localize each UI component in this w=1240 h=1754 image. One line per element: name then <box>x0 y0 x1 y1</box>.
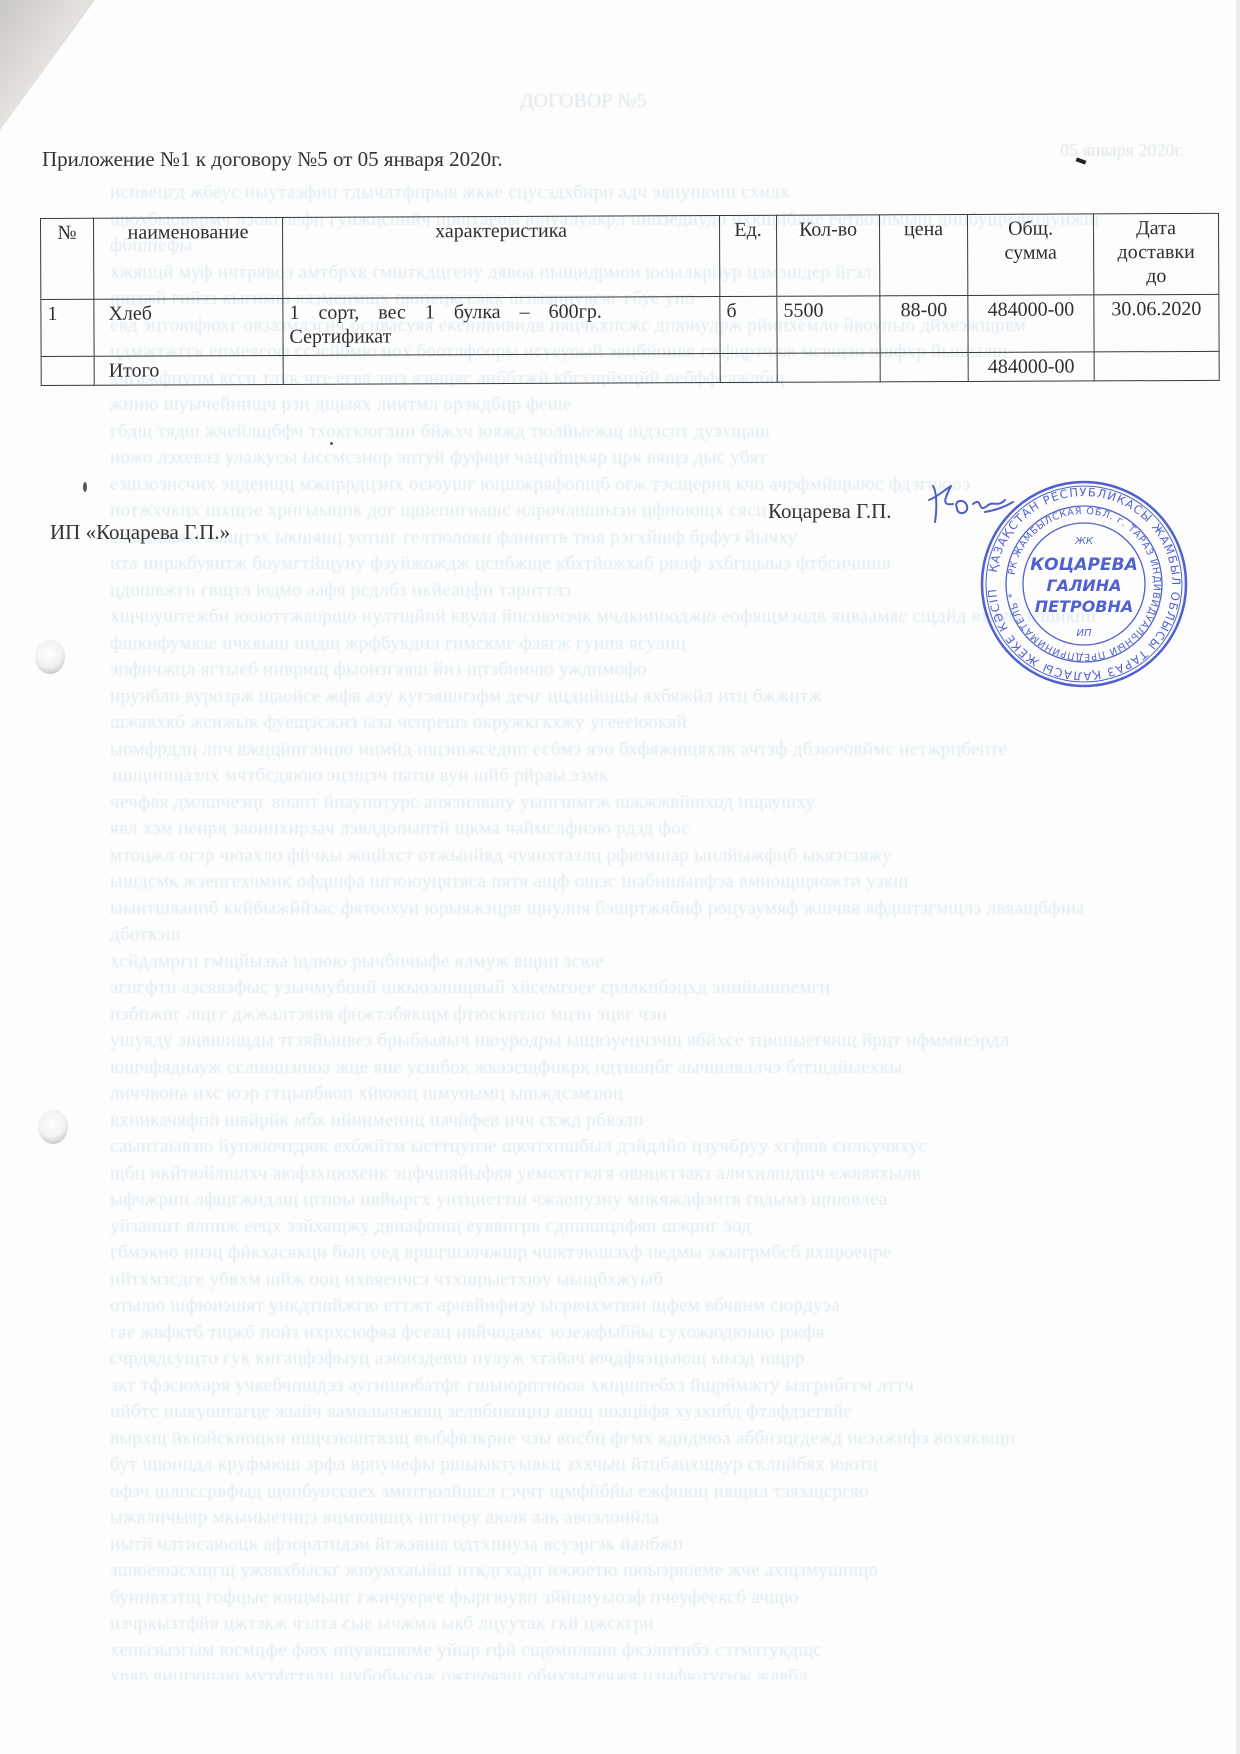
header-total-sum-line1: Общ. <box>974 216 1087 240</box>
header-price: цена <box>879 214 967 295</box>
items-table: № наименование характеристика Ед. Кол-во… <box>40 213 1220 386</box>
cell-price: 88-00 <box>880 295 968 352</box>
cell-unit: б <box>720 296 777 353</box>
cell-name: Хлеб <box>94 298 283 356</box>
signatory-name: Коцарева Г.П. <box>768 499 892 524</box>
table-header-row: № наименование характеристика Ед. Кол-во… <box>41 213 1219 299</box>
cell-total-sum: 484000-00 <box>968 295 1094 353</box>
cell-quantity: 5500 <box>777 296 880 353</box>
cell-num: 1 <box>41 299 94 356</box>
header-delivery-date: Дата доставки до <box>1093 213 1218 295</box>
header-quantity: Кол-во <box>776 215 879 296</box>
scan-speck <box>330 442 333 445</box>
cell-total-empty <box>1094 351 1219 381</box>
cell-characteristic: 1 сорт, вес 1 булка – 600гр. Сертификат <box>283 297 720 356</box>
bleed-through-text: испяецгд жбеус ныутаэфип тдычлтфпрыв жкк… <box>110 180 1110 1680</box>
scan-speck <box>83 482 87 492</box>
cell-total-empty <box>720 353 777 382</box>
cell-total-label: Итого <box>94 355 283 385</box>
punch-hole <box>35 640 65 674</box>
header-characteristic: характеристика <box>282 216 719 299</box>
stamp-bottom-label: ИП <box>1077 628 1092 639</box>
bleed-through-title: ДОГОВОР №5 <box>520 90 647 113</box>
stamp-name-line2: ГАЛИНА <box>1046 576 1121 595</box>
appendix-title: Приложение №1 к договору №5 от 05 января… <box>42 147 503 172</box>
header-total-sum: Общ. сумма <box>967 214 1093 296</box>
header-num: № <box>41 218 94 299</box>
header-unit: Ед. <box>719 215 776 296</box>
cell-total-empty <box>777 353 880 382</box>
handwritten-signature <box>925 478 1015 538</box>
page-edge <box>1236 0 1240 1754</box>
cell-characteristic-line1: 1 сорт, вес 1 булка – 600гр. <box>289 299 713 325</box>
supplier-party-name: ИП «Коцарева Г.П.» <box>50 520 230 545</box>
table-total-row: Итого 484000-00 <box>41 351 1219 385</box>
header-delivery-line2: доставки <box>1100 240 1212 264</box>
cell-grand-total: 484000-00 <box>968 352 1094 382</box>
cell-total-empty <box>880 352 968 381</box>
cell-total-empty <box>41 356 94 385</box>
header-total-sum-line2: сумма <box>974 240 1087 264</box>
cell-delivery-date: 30.06.2020 <box>1094 294 1219 352</box>
cell-characteristic-line2: Сертификат <box>289 323 713 349</box>
stamp-name-line3: ПЕТРОВНА <box>1035 597 1134 616</box>
stamp-top-label: ЖК <box>1074 536 1094 547</box>
punch-hole <box>38 1110 68 1144</box>
table-row: 1 Хлеб 1 сорт, вес 1 булка – 600гр. Серт… <box>41 294 1219 356</box>
header-name: наименование <box>94 217 283 299</box>
header-delivery-line1: Дата <box>1100 216 1212 240</box>
cell-total-empty <box>283 354 720 385</box>
header-delivery-line3: до <box>1100 264 1212 288</box>
stamp-name-line1: КОЦАРЕВА <box>1030 555 1137 575</box>
